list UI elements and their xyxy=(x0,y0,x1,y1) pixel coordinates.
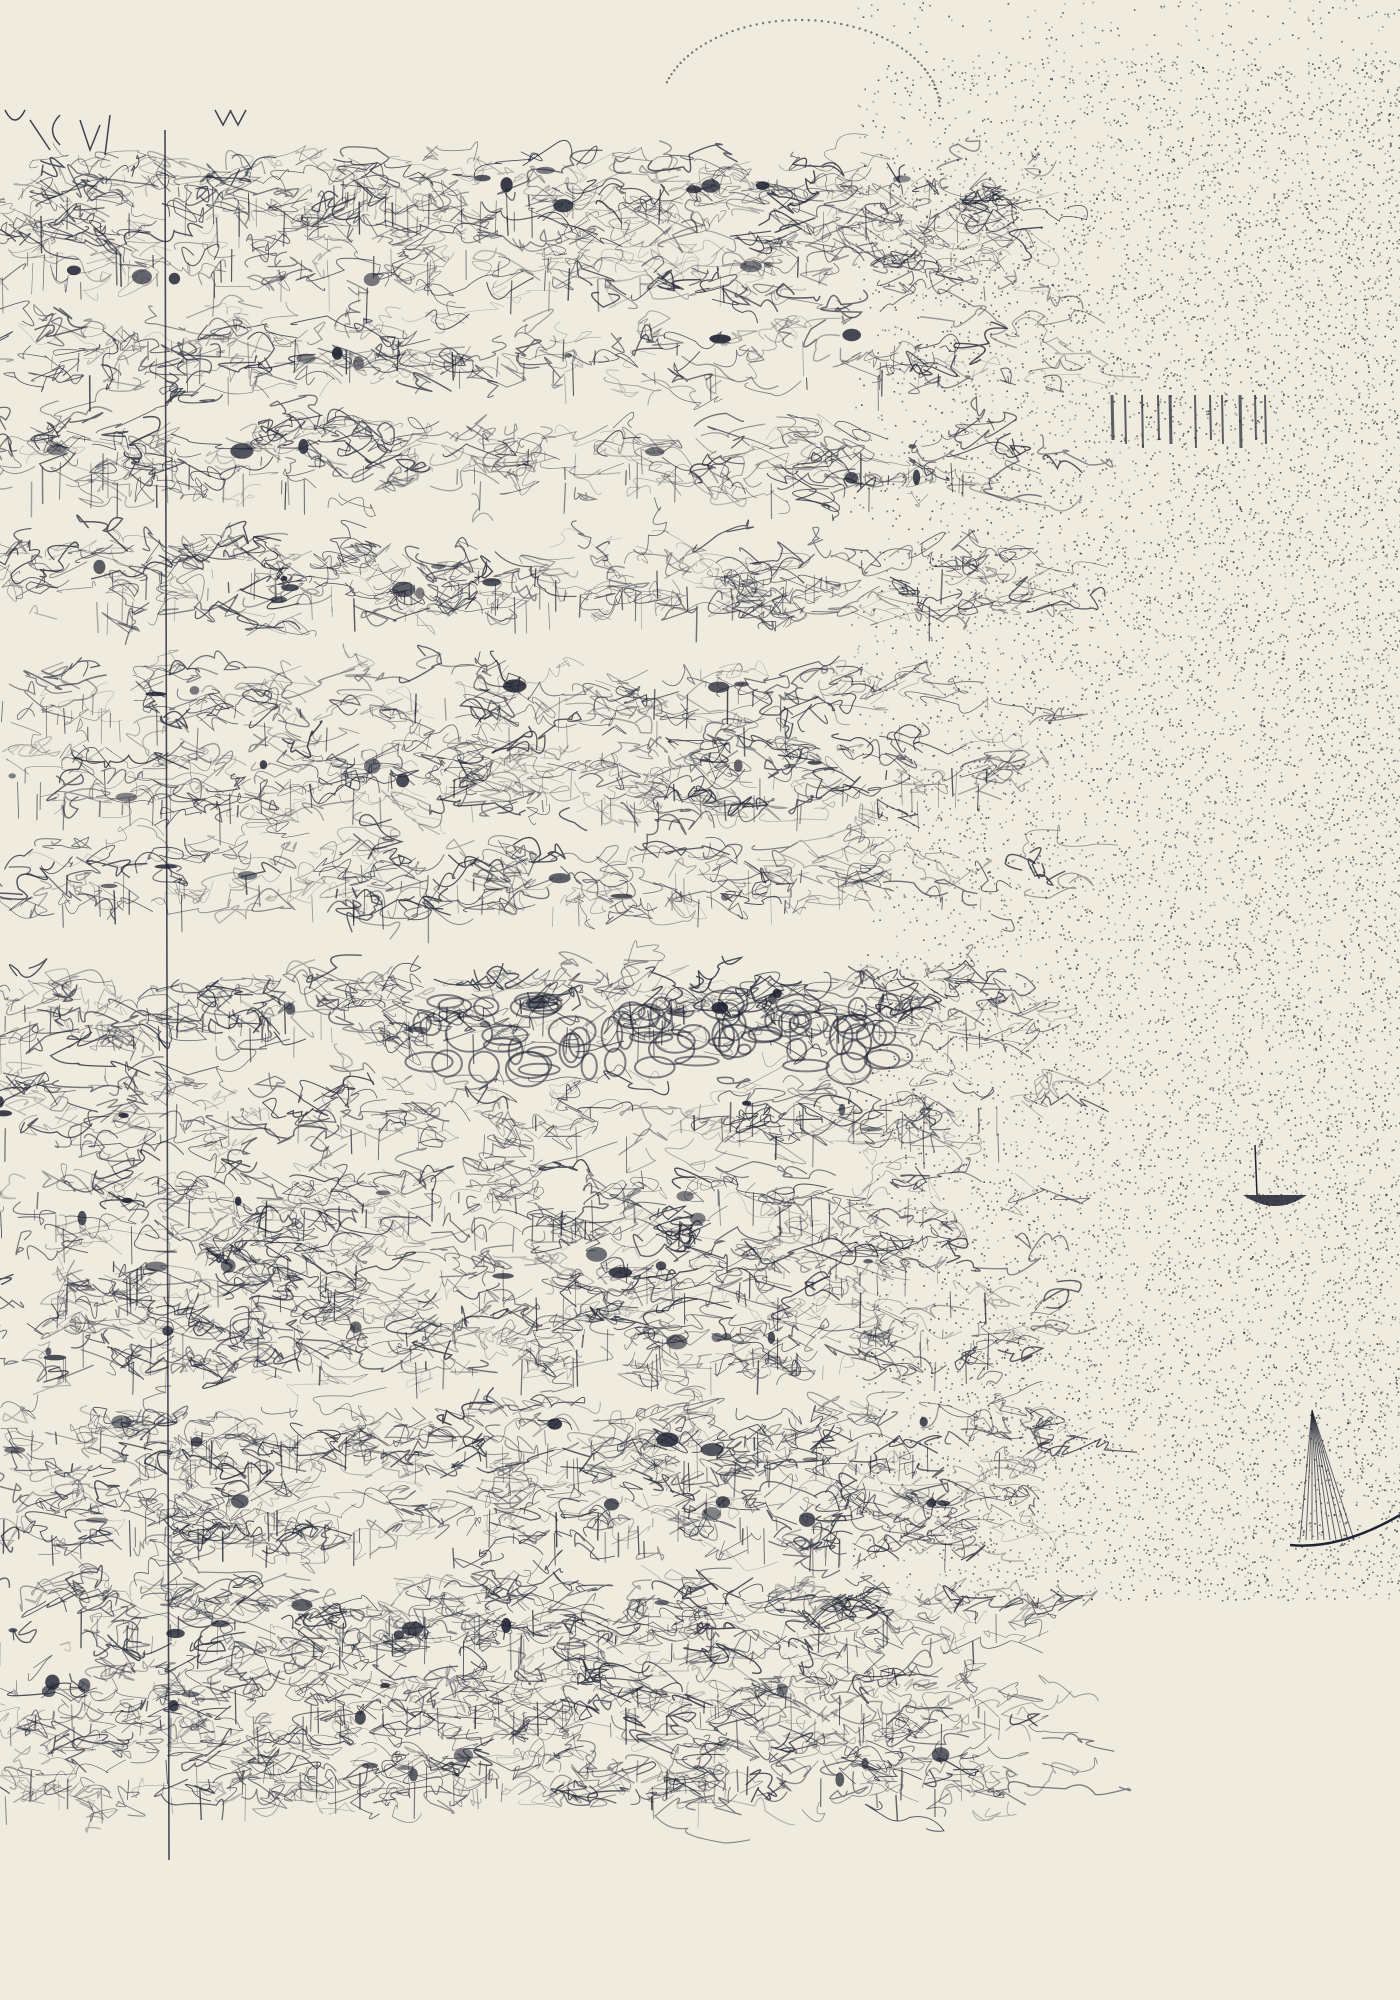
abstract-ink-drawing xyxy=(0,0,1400,2000)
scribble-canvas xyxy=(0,0,1400,2000)
